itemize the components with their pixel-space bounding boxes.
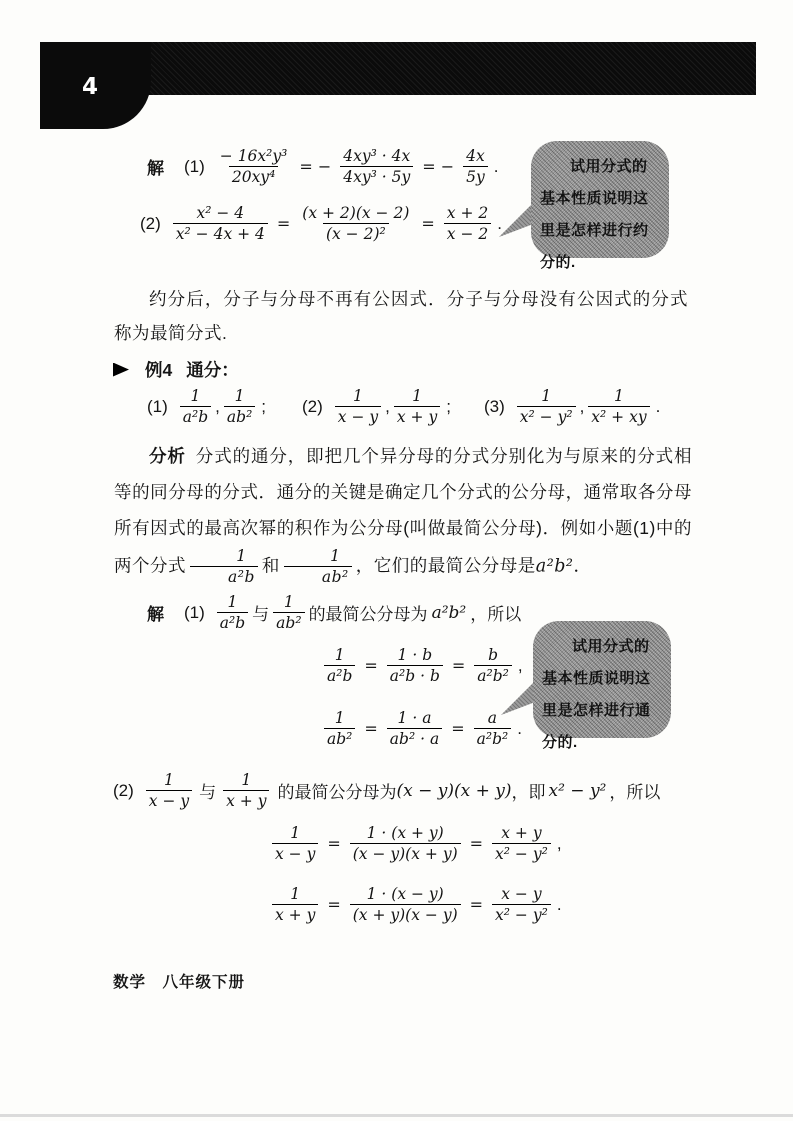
speech-bubble-text: 试用分式的基本性质说明这里是怎样进行约分的. (540, 158, 649, 271)
fraction: 1x − y (272, 823, 318, 864)
fraction-denominator: x² − y² (492, 904, 551, 925)
fraction-denominator: x + y (394, 406, 440, 427)
fraction: 1a²b (190, 546, 258, 587)
item-number: (2) (302, 397, 323, 417)
fraction: 1ab² (273, 592, 304, 633)
item-number: (1) (184, 157, 205, 177)
fraction-numerator: x² − 4 (194, 203, 248, 223)
speech-bubble-reduce-hint: 试用分式的基本性质说明这里是怎样进行约分的. (531, 141, 669, 258)
equation-1: 1a²b = 1 · ba²b · b = ba²b² , (320, 645, 523, 686)
text-yu: 与 (199, 778, 216, 803)
equals-sign: = (327, 834, 340, 853)
text: 的最简公分母为 (277, 778, 396, 803)
text: ，即 (511, 778, 545, 803)
comma: , (215, 397, 220, 417)
fraction: ba²b² (474, 645, 512, 686)
semicolon: ; (446, 397, 451, 417)
solution1-line2: (2) x² − 4x² − 4x + 4 = (x + 2)(x − 2)(x… (140, 203, 502, 244)
footer-book-title: 数学 八年级下册 (113, 970, 245, 992)
text: ，所以 (609, 778, 660, 803)
equals-sign: = (470, 895, 483, 914)
fraction: 1x − y (146, 770, 192, 811)
fraction-numerator: 1 (161, 770, 177, 790)
fraction: x + yx² − y² (492, 823, 551, 864)
fraction-denominator: a²b (217, 612, 248, 633)
solution4-line1: 解 (1) 1a²b 与 1ab² 的最简公分母为 a²b² ，所以 (147, 592, 521, 633)
fraction-numerator: 1 · (x + y) (364, 823, 447, 843)
fraction-denominator: ab² (224, 406, 255, 427)
footer-text: 数学 八年级下册 (113, 974, 245, 991)
fraction-numerator: 1 (538, 386, 554, 406)
solution4-line2: (2) 1x − y 与 1x + y 的最简公分母为 (x − y)(x + … (113, 770, 660, 811)
fraction-numerator: x + y (498, 823, 544, 843)
fraction-numerator: 1 · b (395, 645, 436, 665)
fraction-denominator: x² − 4x + 4 (173, 223, 268, 244)
equals-sign: = − (299, 157, 331, 176)
fraction: 4x5y (463, 146, 488, 187)
analysis-paragraph: 分析分式的通分，即把几个异分母的分式分别化为与原来的分式相等的同分母的分式．通分… (114, 438, 692, 587)
fraction-denominator: x − y (146, 790, 192, 811)
fraction: 4xy³ · 4x4xy³ · 5y (340, 146, 413, 187)
fraction-denominator: a²b² (474, 665, 512, 686)
analysis-text: ，它们的最简公分母是 (356, 555, 536, 575)
fraction-denominator: x² − y² (492, 843, 551, 864)
fraction: 1a²b (180, 386, 211, 427)
math-expression: x² − y² (548, 781, 606, 801)
fraction: 1 · ba²b · b (387, 645, 443, 686)
math-expression: a²b² (536, 556, 574, 576)
item-number: (3) (484, 397, 505, 417)
equals-sign: = (470, 834, 483, 853)
fraction-numerator: 1 (332, 708, 348, 728)
fraction-denominator: x² + xy (588, 406, 649, 427)
item-number: (1) (147, 397, 168, 417)
fraction: − 16x²y³20xy⁴ (217, 146, 291, 187)
fraction-numerator: 4x (463, 146, 488, 166)
fraction-denominator: a²b² (474, 728, 512, 749)
equals-sign: = (364, 719, 377, 738)
fraction-numerator: 4xy³ · 4x (340, 146, 413, 166)
equals-sign: = (277, 214, 290, 233)
period: . (656, 397, 661, 417)
period: . (494, 157, 499, 177)
example4-item-2: (2) 1x − y , 1x + y ; (302, 386, 451, 427)
fraction-denominator: a²b · b (387, 665, 443, 686)
equation-2: 1ab² = 1 · aab² · a = aa²b² . (320, 708, 522, 749)
fraction-numerator: 1 · a (395, 708, 435, 728)
comma: , (580, 397, 585, 417)
fraction-denominator: x + y (223, 790, 269, 811)
fraction-denominator: 5y (463, 166, 488, 187)
fraction-denominator: x − 2 (444, 223, 491, 244)
fraction: 1a²b (324, 645, 355, 686)
fraction-numerator: 1 (198, 546, 249, 566)
comma: , (518, 656, 523, 676)
item-number: (1) (184, 603, 205, 623)
equation-3: 1x − y = 1 · (x + y)(x − y)(x + y) = x +… (268, 823, 562, 864)
example-title: 例4 (145, 357, 172, 382)
fraction-numerator: 1 · (x − y) (364, 884, 447, 904)
fraction-numerator: a (485, 708, 500, 728)
math-expression: (x − y)(x + y) (396, 781, 511, 801)
fraction: 1ab² (224, 386, 255, 427)
fraction: 1x + y (394, 386, 440, 427)
fraction-numerator: 1 (287, 884, 303, 904)
equals-sign: = − (422, 157, 454, 176)
fraction: x² − 4x² − 4x + 4 (173, 203, 268, 244)
period: . (517, 719, 522, 739)
scan-artifact-line (0, 1114, 793, 1117)
fraction: 1x − y (335, 386, 381, 427)
analysis-text: ． (573, 555, 591, 575)
example-marker-icon (113, 363, 129, 377)
fraction-denominator: ab² (324, 728, 355, 749)
fraction-denominator: a²b (324, 665, 355, 686)
fraction-denominator: ab² (284, 566, 352, 587)
math-expression: a²b² (432, 603, 467, 623)
fraction: (x + 2)(x − 2)(x − 2)² (299, 203, 412, 244)
fraction-numerator: 1 (281, 592, 297, 612)
fraction-numerator: 1 (611, 386, 627, 406)
example4-item-1: (1) 1a²b , 1ab² ; (147, 386, 266, 427)
fraction-denominator: 20xy⁴ (229, 166, 278, 187)
period: . (497, 214, 502, 234)
fraction-numerator: x − y (498, 884, 544, 904)
fraction-numerator: b (485, 645, 501, 665)
fraction: x − yx² − y² (492, 884, 551, 925)
fraction-numerator: 1 (188, 386, 204, 406)
equation-4: 1x + y = 1 · (x − y)(x + y)(x − y) = x −… (268, 884, 562, 925)
paragraph-simplest-fraction: 约分后，分子与分母不再有公因式．分子与分母没有公因式的分式称为最简分式. (114, 282, 688, 350)
fraction-denominator: 4xy³ · 5y (340, 166, 413, 187)
fraction-numerator: 1 (287, 823, 303, 843)
fraction: 1x + y (223, 770, 269, 811)
page-number-tab: 4 (40, 42, 151, 129)
period: . (557, 895, 562, 915)
fraction-denominator: ab² (273, 612, 304, 633)
equals-sign: = (327, 895, 340, 914)
fraction-numerator: x + 2 (444, 203, 491, 223)
fraction-denominator: (x − 2)² (323, 223, 389, 244)
example4-heading: 例4 通分： (113, 357, 239, 382)
fraction: 1 · (x + y)(x − y)(x + y) (350, 823, 461, 864)
paragraph-text: 约分后，分子与分母不再有公因式．分子与分母没有公因式的分式称为最简分式. (114, 289, 688, 343)
analysis-label: 分析 (149, 446, 186, 466)
item-number: (2) (140, 214, 161, 234)
speech-bubble-common-denominator-hint: 试用分式的基本性质说明这里是怎样进行通分的. (533, 621, 671, 738)
fraction-numerator: 1 (409, 386, 425, 406)
text-yu: 与 (252, 600, 269, 625)
text: ，所以 (470, 600, 521, 625)
equals-sign: = (452, 656, 465, 675)
fraction: x + 2x − 2 (444, 203, 491, 244)
example4-item-3: (3) 1x² − y² , 1x² + xy . (484, 386, 660, 427)
fraction-denominator: a²b (190, 566, 258, 587)
fraction: 1ab² (284, 546, 352, 587)
comma: , (557, 834, 562, 854)
equals-sign: = (451, 719, 464, 738)
fraction: 1 · aab² · a (387, 708, 442, 749)
example-subtitle: 通分： (186, 357, 239, 382)
fraction: 1 · (x − y)(x + y)(x − y) (350, 884, 461, 925)
semicolon: ; (261, 397, 266, 417)
comma: , (385, 397, 390, 417)
equals-sign: = (421, 214, 434, 233)
fraction-denominator: (x − y)(x + y) (350, 843, 461, 864)
fraction: 1x + y (272, 884, 318, 925)
equals-sign: = (364, 656, 377, 675)
solve-label: 解 (147, 600, 164, 625)
solve-label: 解 (147, 154, 164, 179)
fraction-numerator: 1 (332, 645, 348, 665)
fraction: 1a²b (217, 592, 248, 633)
textbook-page: 4 解 (1) − 16x²y³20xy⁴ = − 4xy³ · 4x4xy³ … (0, 0, 793, 1121)
text: 的最简公分母为 (309, 600, 428, 625)
page-number: 4 (82, 74, 98, 100)
speech-bubble-text: 试用分式的基本性质说明这里是怎样进行通分的. (542, 638, 651, 751)
fraction-numerator: 1 (238, 770, 254, 790)
fraction-numerator: 1 (350, 386, 366, 406)
fraction-numerator: (x + 2)(x − 2) (299, 203, 412, 223)
fraction-denominator: x − y (272, 843, 318, 864)
fraction-numerator: 1 (232, 386, 248, 406)
solution1-line1: 解 (1) − 16x²y³20xy⁴ = − 4xy³ · 4x4xy³ · … (147, 146, 499, 187)
item-number: (2) (113, 781, 134, 801)
fraction-denominator: x² − y² (517, 406, 576, 427)
fraction-denominator: x − y (335, 406, 381, 427)
fraction: 1ab² (324, 708, 355, 749)
fraction-denominator: (x + y)(x − y) (350, 904, 461, 925)
fraction-numerator: 1 (225, 592, 241, 612)
fraction-denominator: ab² · a (387, 728, 442, 749)
fraction-denominator: x + y (272, 904, 318, 925)
fraction-numerator: 1 (292, 546, 343, 566)
analysis-text: 和 (262, 555, 280, 575)
fraction: aa²b² (474, 708, 512, 749)
fraction-numerator: − 16x²y³ (217, 146, 291, 166)
fraction-denominator: a²b (180, 406, 211, 427)
fraction: 1x² − y² (517, 386, 576, 427)
fraction: 1x² + xy (588, 386, 649, 427)
